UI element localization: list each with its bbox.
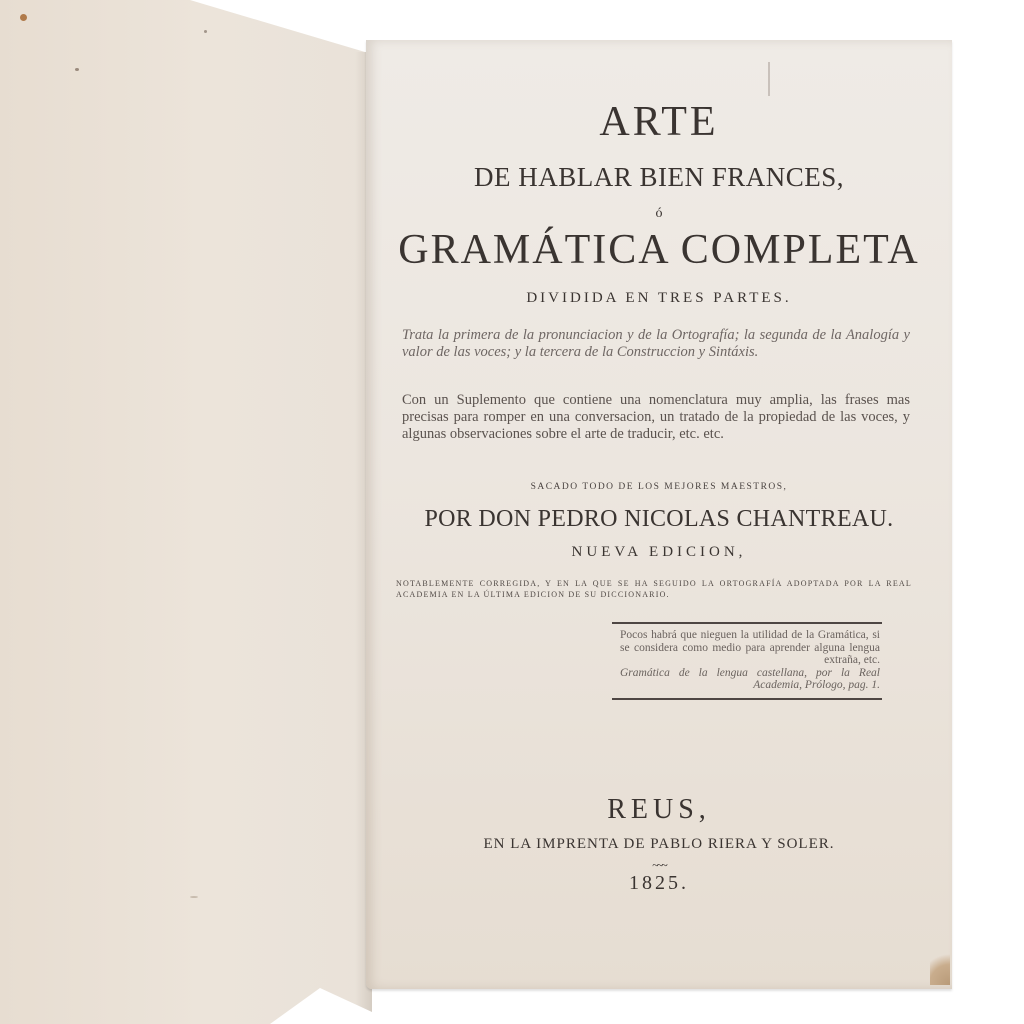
foxing-spot <box>204 30 207 33</box>
sources-line: SACADO TODO DE LOS MEJORES MAESTROS, <box>366 482 952 492</box>
book-subtitle: DE HABLAR BIEN FRANCES, <box>366 162 952 193</box>
foxing-spot <box>20 14 27 21</box>
parts-description: Trata la primera de la pronunciacion y d… <box>402 327 910 361</box>
book-title: ARTE <box>366 98 952 146</box>
edition: NUEVA EDICION, <box>366 544 952 561</box>
title-page: ARTE DE HABLAR BIEN FRANCES, ó GRAMÁTICA… <box>366 40 952 989</box>
epigraph-box: Pocos habrá que nieguen la utilidad de l… <box>612 622 882 700</box>
conjunction: ó <box>366 206 952 222</box>
alternate-title: GRAMÁTICA COMPLETA <box>366 226 952 274</box>
ornament-icon: ~~~ <box>366 858 952 873</box>
publication-year: 1825. <box>366 872 952 895</box>
foxing-spot <box>75 68 79 71</box>
place-of-printing: REUS, <box>366 794 952 826</box>
supplement-description: Con un Suplemento que contiene una nomen… <box>402 392 910 443</box>
author: POR DON PEDRO NICOLAS CHANTREAU. <box>366 506 952 533</box>
corner-stain <box>930 949 950 985</box>
epigraph-citation: Gramática de la lengua castellana, por l… <box>612 667 882 692</box>
left-page-blank <box>0 0 372 1024</box>
epigraph-text: Pocos habrá que nieguen la utilidad de l… <box>612 629 882 667</box>
divided-line: DIVIDIDA EN TRES PARTES. <box>366 290 952 307</box>
printer: EN LA IMPRENTA DE PABLO RIERA Y SOLER. <box>366 836 952 853</box>
pencil-mark <box>768 62 770 96</box>
foxing-spot <box>190 896 198 898</box>
edition-note: NOTABLEMENTE CORREGIDA, Y EN LA QUE SE H… <box>396 578 912 600</box>
